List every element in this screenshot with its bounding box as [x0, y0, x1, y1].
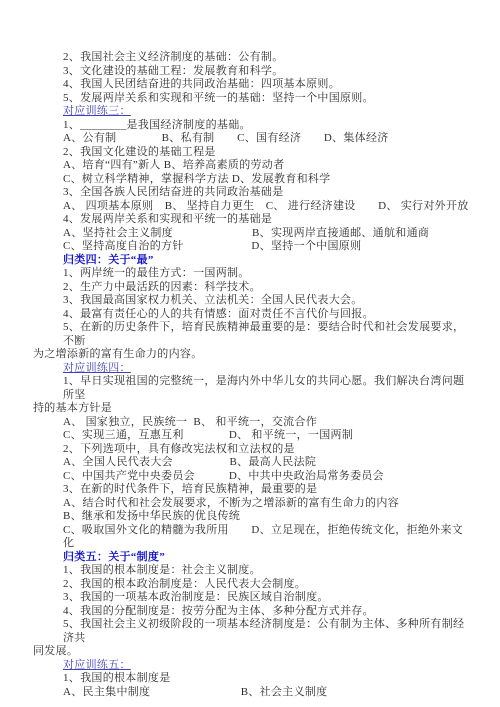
note-item: 2、我国的根本政治制度是：人民代表大会制度。	[33, 578, 470, 592]
training3-heading: 对应训练三：	[33, 105, 470, 119]
options-line: A、 四项基本原则 B、 坚持自力更生 C、 进行经济建设 D、 实行对外开放	[33, 200, 470, 214]
section-training-five: 对应训练五： 1、我国的根本制度是 A、民主集中制度 B、社会主义制度	[33, 659, 470, 700]
note-item-continuation: 为之增添新的富有生命力的内容。	[33, 348, 470, 362]
options-line: B、继承和发扬中华民族的优良传统	[33, 510, 470, 524]
note-item: 3、我国的一项基本政治制度是：民族区域自治制度。	[33, 591, 470, 605]
question-line: 1、我国的根本制度是	[33, 672, 470, 686]
note-item: 2、我国社会主义经济制度的基础：公有制。	[33, 51, 470, 65]
options-line: A、公有制 B、私有制 C、国有经济 D、集体经济	[33, 132, 470, 146]
options-line: A、坚持社会主义制度 B、实现两岸直接通邮、通航和通商	[33, 227, 470, 241]
document-page: 2、我国社会主义经济制度的基础：公有制。 3、文化建设的基础工程：发展教育和科学…	[0, 0, 500, 707]
section-category-five: 归类五：关于“制度” 1、我国的根本制度是：社会主义制度。 2、我国的根本政治制…	[33, 551, 470, 659]
document-content: 2、我国社会主义经济制度的基础：公有制。 3、文化建设的基础工程：发展教育和科学…	[33, 51, 470, 699]
question-line: 1、早日实现祖国的完整统一，是海内外中华儿女的共同心愿。我们解决台湾问题所坚	[33, 375, 470, 402]
training5-heading: 对应训练五：	[33, 659, 470, 673]
category4-heading: 归类四：关于“最”	[33, 254, 470, 268]
question-line: 2、我国文化建设的基础工程是	[33, 146, 470, 160]
section-notes-three-tail: 2、我国社会主义经济制度的基础：公有制。 3、文化建设的基础工程：发展教育和科学…	[33, 51, 470, 105]
note-item: 5、发展两岸关系和实现和平统一的基础：坚持一个中国原则。	[33, 92, 470, 106]
question-line: 4、发展两岸关系和实现和平统一的基础是	[33, 213, 470, 227]
options-line: A、结合时代和社会发展要求，不断为之增添新的富有生命力的内容	[33, 497, 470, 511]
question-line: 3、在新的时代条件下，培育民族精神，最重要的是	[33, 483, 470, 497]
options-line: C、实现三通，互惠互利 D、 和平统一，一国两制	[33, 429, 470, 443]
options-line: A、民主集中制度 B、社会主义制度	[33, 686, 470, 700]
note-item: 3、我国最高国家权力机关、立法机关：全国人民代表大会。	[33, 294, 470, 308]
options-line: C、吸取国外文化的精髓为我所用 D、立足现在，拒绝传统文化，拒绝外来文化	[33, 524, 470, 551]
note-item: 4、我国人民团结奋进的共同政治基础：四项基本原则。	[33, 78, 470, 92]
note-item-continuation: 同发展。	[33, 645, 470, 659]
question-line: 2、下列选项中，具有修改宪法权和立法权的是	[33, 443, 470, 457]
category5-heading: 归类五：关于“制度”	[33, 551, 470, 565]
section-category-four: 归类四：关于“最” 1、两岸统一的最佳方式：一国两制。 2、生产力中最活跃的因素…	[33, 254, 470, 362]
note-item: 1、我国的根本制度是：社会主义制度。	[33, 564, 470, 578]
question-line: 3、全国各族人民团结奋进的共同政治基础是	[33, 186, 470, 200]
section-training-three: 对应训练三： 1、________是我国经济制度的基础。 A、公有制 B、私有制…	[33, 105, 470, 254]
note-item: 3、文化建设的基础工程：发展教育和科学。	[33, 65, 470, 79]
options-line: C、坚持高度自治的方针 D、坚持一个中国原则	[33, 240, 470, 254]
note-item: 5、我国社会主义初级阶段的一项基本经济制度是：公有制为主体、多种所有制经济共	[33, 618, 470, 645]
note-item: 4、我国的分配制度是：按劳分配为主体、多种分配方式并存。	[33, 605, 470, 619]
section-training-four: 对应训练四： 1、早日实现祖国的完整统一，是海内外中华儿女的共同心愿。我们解决台…	[33, 362, 470, 551]
note-item: 5、在新的历史条件下，培育民族精神最重要的是：要结合时代和社会发展要求，不断	[33, 321, 470, 348]
options-line: A、 国家独立，民族统一 B、 和平统一，交流合作	[33, 416, 470, 430]
question-line-continuation: 持的基本方针是	[33, 402, 470, 416]
training4-heading: 对应训练四：	[33, 362, 470, 376]
note-item: 2、生产力中最活跃的因素：科学技术。	[33, 281, 470, 295]
options-line: C、树立科学精神，掌握科学方法 D、发展教育和科学	[33, 173, 470, 187]
options-line: A、培育“四有”新人 B、培养高素质的劳动者	[33, 159, 470, 173]
note-item: 4、最富有责任心的人的共有情感：面对责任不言代价与回报。	[33, 308, 470, 322]
options-line: C、中国共产党中央委员会 D、中共中央政治局常务委员会	[33, 470, 470, 484]
question-line: 1、________是我国经济制度的基础。	[33, 119, 470, 133]
options-line: A、全国人民代表大会 B、最高人民法院	[33, 456, 470, 470]
note-item: 1、两岸统一的最佳方式：一国两制。	[33, 267, 470, 281]
